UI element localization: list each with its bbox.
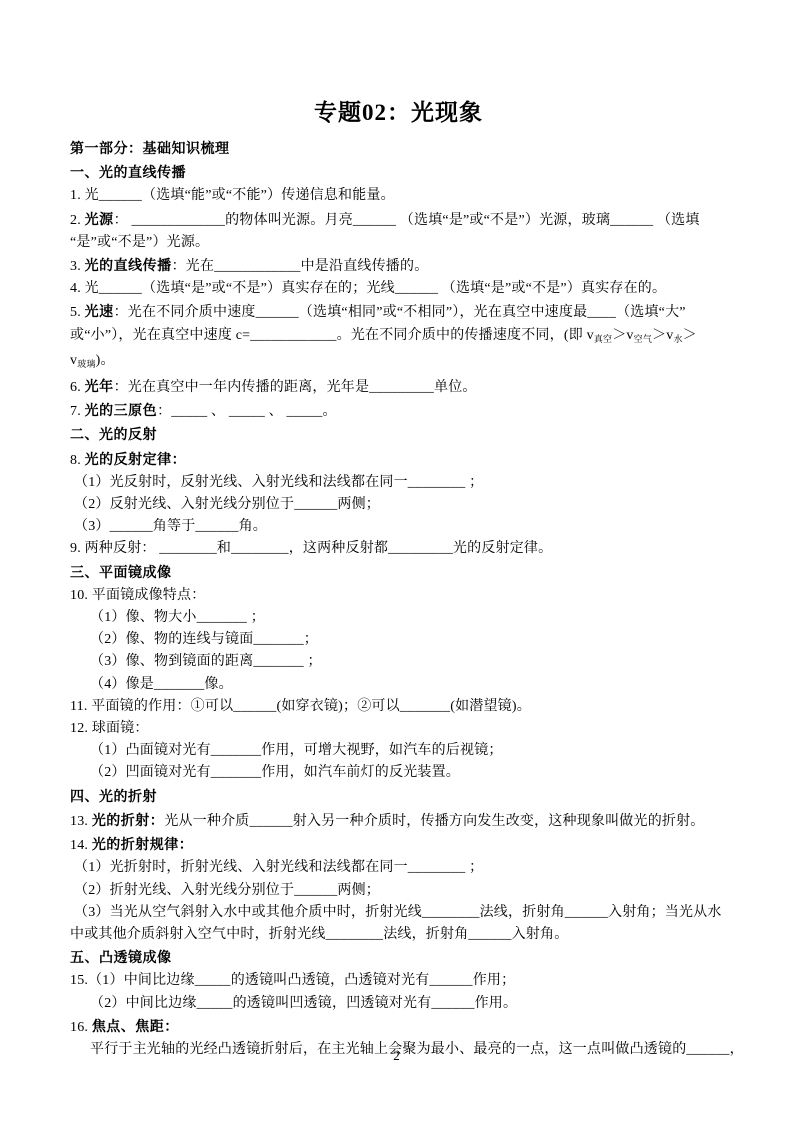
text-line: “是”或“不是”）光源。 xyxy=(70,232,727,254)
bold-term: 三、平面镜成像 xyxy=(70,564,172,580)
text-line: （1）光反射时，反射光线、入射光线和法线都在同一________ ； xyxy=(70,472,727,494)
text-line: 16. 焦点、焦距： xyxy=(70,1015,727,1039)
text-run: ：_____ 、 _____ 、 _____。 xyxy=(157,404,337,419)
bold-term: 光年 xyxy=(85,378,114,394)
text-line: 9. 两种反射： ________和________，这两种反射都_______… xyxy=(70,538,727,560)
text-run: 5. xyxy=(70,305,85,320)
text-line: 10. 平面镜成像特点： xyxy=(70,585,727,607)
bold-term: 光的反射定律： xyxy=(85,451,187,467)
text-line: （3）当光从空气斜射入水中或其他介质中时，折射光线________法线，折射角_… xyxy=(70,902,727,924)
text-run: ＞v xyxy=(612,328,633,343)
text-run: 11. 平面镜的作用：①可以______(如穿衣镜)；②可以_______(如潜… xyxy=(70,699,531,714)
text-run: （2）像、物的连线与镜面_______； xyxy=(90,632,318,647)
text-run: 10. 平面镜成像特点： xyxy=(70,588,205,603)
text-run: ：光在真空中一年内传播的距离，光年是_________单位。 xyxy=(114,380,477,395)
text-run: ＞v xyxy=(652,328,673,343)
text-line: 14. 光的折射规律： xyxy=(70,833,727,857)
text-run: 13. xyxy=(70,814,92,829)
bold-term: 焦点、焦距： xyxy=(92,1018,179,1034)
text-line: 4. 光______（选填“是”或“不是”）真实存在的；光线______ （选填… xyxy=(70,278,727,300)
text-line: 6. 光年：光在真空中一年内传播的距离，光年是_________单位。 xyxy=(70,375,727,399)
text-run: 15.（1）中间比边缘_____的透镜叫凸透镜，凸透镜对光有______作用； xyxy=(70,973,515,988)
text-line: 一、光的直线传播 xyxy=(70,161,727,185)
text-line: （1）凸面镜对光有_______作用，可增大视野，如汽车的后视镜； xyxy=(70,740,727,762)
text-line: 三、平面镜成像 xyxy=(70,561,727,585)
text-run: “是”或“不是”）光源。 xyxy=(70,235,209,250)
text-run: （1）像、物大小_______ ； xyxy=(90,610,265,625)
text-line: 二、光的反射 xyxy=(70,423,727,447)
text-line: 2. 光源： _____________的物体叫光源。月亮______ （选填“… xyxy=(70,208,727,232)
text-line: 11. 平面镜的作用：①可以______(如穿衣镜)；②可以_______(如潜… xyxy=(70,696,727,718)
text-run: 中或其他介质斜射入空气中时，折射光线________法线，折射角______入射… xyxy=(70,927,568,942)
text-run: 或“小”），光在真空中速度 c=____________。光在不同介质中的传播速… xyxy=(70,328,594,343)
text-run: 12. 球面镜： xyxy=(70,721,149,736)
text-line: （4）像是_______像。 xyxy=(70,674,727,696)
text-line: （1）像、物大小_______ ； xyxy=(70,607,727,629)
text-run: （2）反射光线、入射光线分别位于______两侧； xyxy=(74,497,380,512)
text-line: 8. 光的反射定律： xyxy=(70,448,727,472)
bold-term: 光的直线传播 xyxy=(85,257,172,273)
text-line: 7. 光的三原色：_____ 、 _____ 、 _____。 xyxy=(70,399,727,423)
text-run: ＞ xyxy=(683,328,697,343)
bold-term: 光速 xyxy=(85,303,114,319)
bold-term: 光源 xyxy=(85,211,114,227)
text-run: 2. xyxy=(70,213,85,228)
text-run: （2）中间比边缘_____的透镜叫凹透镜，凹透镜对光有______作用。 xyxy=(90,996,517,1011)
bold-term: 光的折射： xyxy=(92,812,165,828)
text-line: 5. 光速：光在不同介质中速度______（选填“相同”或“不相同”），光在真空… xyxy=(70,300,727,324)
subscript-text: 玻璃 xyxy=(77,359,95,369)
text-line: v玻璃)。 xyxy=(70,350,727,375)
text-line: 中或其他介质斜射入空气中时，折射光线________法线，折射角______入射… xyxy=(70,924,727,946)
text-line: 1. 光______（选填“能”或“不能”）传递信息和能量。 xyxy=(70,185,727,207)
text-run: 7. xyxy=(70,404,85,419)
text-line: （2）折射光线、入射光线分别位于______两侧； xyxy=(70,880,727,902)
text-run: （1）光折射时，折射光线、入射光线和法线都在同一________ ； xyxy=(74,860,483,875)
bold-term: 光的三原色 xyxy=(85,402,158,418)
text-line: 第一部分：基础知识梳理 xyxy=(70,137,727,161)
page-title: 专题02：光现象 xyxy=(70,97,727,128)
text-line: （2）像、物的连线与镜面_______； xyxy=(70,629,727,651)
text-run: ：光在不同介质中速度______（选填“相同”或“不相同”），光在真空中速度最_… xyxy=(114,305,686,320)
text-line: 或“小”），光在真空中速度 c=____________。光在不同介质中的传播速… xyxy=(70,325,727,350)
text-run: （1）凸面镜对光有_______作用，可增大视野，如汽车的后视镜； xyxy=(90,743,503,758)
text-line: （3）______角等于______角。 xyxy=(70,516,727,538)
subscript-text: 水 xyxy=(673,334,682,344)
text-line: 3. 光的直线传播：光在____________中是沿直线传播的。 xyxy=(70,254,727,278)
bold-term: 五、凸透镜成像 xyxy=(70,949,172,965)
text-run: （4）像是_______像。 xyxy=(90,677,233,692)
bold-term: 四、光的折射 xyxy=(70,788,157,804)
text-line: （1）光折射时，折射光线、入射光线和法线都在同一________ ； xyxy=(70,857,727,879)
text-line: 五、凸透镜成像 xyxy=(70,946,727,970)
text-line: 12. 球面镜： xyxy=(70,718,727,740)
text-run: 8. xyxy=(70,453,85,468)
text-run: 3. xyxy=(70,259,85,274)
text-line: （2）反射光线、入射光线分别位于______两侧； xyxy=(70,494,727,516)
text-run: （3）当光从空气斜射入水中或其他介质中时，折射光线________法线，折射角_… xyxy=(74,905,722,920)
page-number: 2 xyxy=(0,1048,793,1064)
bold-term: 第一部分：基础知识梳理 xyxy=(70,140,230,156)
text-line: （2）凹面镜对光有_______作用，如汽车前灯的反光装置。 xyxy=(70,762,727,784)
text-run: 6. xyxy=(70,380,85,395)
text-line: （3）像、物到镜面的距离_______ ； xyxy=(70,651,727,673)
text-run: （2）凹面镜对光有_______作用，如汽车前灯的反光装置。 xyxy=(90,765,460,780)
subscript-text: 空气 xyxy=(634,334,652,344)
text-run: 1. 光______（选填“能”或“不能”）传递信息和能量。 xyxy=(70,188,395,203)
bold-term: 光的折射规律： xyxy=(92,836,194,852)
document-body: 第一部分：基础知识梳理一、光的直线传播1. 光______（选填“能”或“不能”… xyxy=(70,137,727,1061)
text-run: ： _____________的物体叫光源。月亮______ （选填“是”或“不… xyxy=(114,213,700,228)
bold-term: 二、光的反射 xyxy=(70,426,157,442)
text-run: （2）折射光线、入射光线分别位于______两侧； xyxy=(74,883,380,898)
document-content: 专题02：光现象 第一部分：基础知识梳理一、光的直线传播1. 光______（选… xyxy=(70,97,727,1061)
text-run: )。 xyxy=(96,353,115,368)
text-line: （2）中间比边缘_____的透镜叫凹透镜，凹透镜对光有______作用。 xyxy=(70,993,727,1015)
subscript-text: 真空 xyxy=(594,334,612,344)
text-run: ：光在____________中是沿直线传播的。 xyxy=(172,259,429,274)
text-line: 四、光的折射 xyxy=(70,785,727,809)
text-run: 14. xyxy=(70,838,92,853)
text-run: （1）光反射时，反射光线、入射光线和法线都在同一________ ； xyxy=(74,475,483,490)
document-page: 专题02：光现象 第一部分：基础知识梳理一、光的直线传播1. 光______（选… xyxy=(0,0,793,1122)
text-run: （3）像、物到镜面的距离_______ ； xyxy=(90,654,322,669)
text-line: 15.（1）中间比边缘_____的透镜叫凸透镜，凸透镜对光有______作用； xyxy=(70,970,727,992)
text-run: 光从一种介质______射入另一种介质时，传播方向发生改变，这种现象叫做光的折射… xyxy=(164,814,704,829)
text-run: 9. 两种反射： ________和________，这两种反射都_______… xyxy=(70,541,552,556)
text-line: 13. 光的折射：光从一种介质______射入另一种介质时，传播方向发生改变，这… xyxy=(70,809,727,833)
text-run: 16. xyxy=(70,1020,92,1035)
bold-term: 一、光的直线传播 xyxy=(70,164,186,180)
text-run: 4. 光______（选填“是”或“不是”）真实存在的；光线______ （选填… xyxy=(70,281,666,296)
text-run: （3）______角等于______角。 xyxy=(74,519,267,534)
